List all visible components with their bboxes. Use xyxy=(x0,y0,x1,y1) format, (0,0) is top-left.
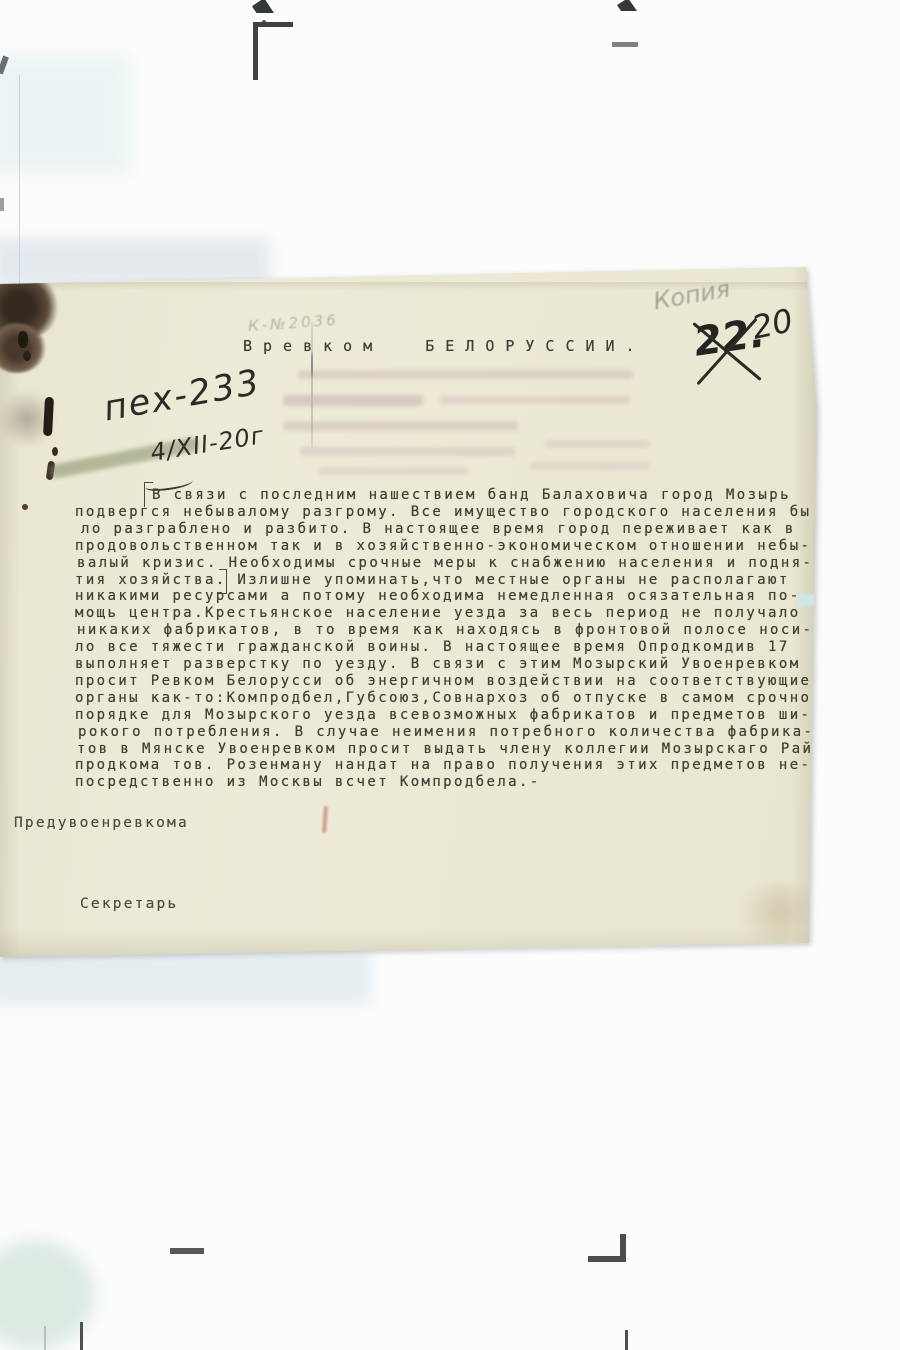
typed-line: ло разграблено и разбито. В настоящее вр… xyxy=(81,521,796,537)
typed-line: выполняет разверстку по уезду. В связи с… xyxy=(75,656,801,672)
paper-edge-shading xyxy=(0,284,20,958)
typed-line: В связи с последним нашествием банд Бала… xyxy=(152,487,791,503)
handwritten-copy-note: Копия xyxy=(651,274,732,315)
bleed-through-text xyxy=(283,395,423,406)
typed-line: валый кризис. Необходимы срочные меры к … xyxy=(77,555,813,571)
typed-line: органы как-то:Компродбел,Губсоюз,Совнарх… xyxy=(75,690,811,706)
ink-blot xyxy=(18,331,28,348)
signature-line-chairman: Предувоенревкома xyxy=(14,815,189,831)
typed-line: просит Ревком Белорусси об энергичном во… xyxy=(75,673,811,689)
bleed-through-text xyxy=(298,370,633,379)
typed-line: мощь центра.Крестьянское население уезда… xyxy=(75,605,801,621)
paper-sheet: Вревком БЕЛОРУССИИ. К-№2036 Копия 22. 20… xyxy=(0,0,900,1350)
typed-line: продовольственном так и в хозяйственно-э… xyxy=(75,538,811,554)
handwritten-date: 4/XII-20г xyxy=(149,421,267,467)
bleed-through-text xyxy=(530,462,650,470)
typed-line: продкома тов. Розенману нандат на право … xyxy=(75,757,811,773)
typed-line: ло все тяжести гражданской воины. В наст… xyxy=(75,639,790,655)
handwritten-register-note: К-№2036 xyxy=(247,311,339,335)
red-mark xyxy=(322,806,328,833)
bleed-through-text xyxy=(545,440,650,448)
signature-line-secretary: Секретарь xyxy=(80,896,178,912)
handwritten-page-number: 20 xyxy=(748,301,796,347)
typed-line: тия хозяйства. Излишне упоминать,что мес… xyxy=(75,572,790,588)
paper-stain xyxy=(733,882,828,944)
bleed-through-text xyxy=(283,421,518,431)
paper-sheet-layer: Вревком БЕЛОРУССИИ. К-№2036 Копия 22. 20… xyxy=(0,0,900,1350)
scanned-document-page: Вревком БЕЛОРУССИИ. К-№2036 Копия 22. 20… xyxy=(0,0,900,1350)
typed-line: порядке для Мозырского уезда всевозможны… xyxy=(75,707,811,723)
bleed-through-text xyxy=(440,396,630,404)
typed-line: никаких фабрикатов, в то время как наход… xyxy=(77,622,813,638)
typed-line: посредственно из Москвы всчет Компродбел… xyxy=(75,774,541,790)
typed-line: рокого потребления. В случае неимения по… xyxy=(78,724,814,740)
typed-line: подвергся небывалому разгрому. Все имуще… xyxy=(75,504,811,520)
bleed-through-text xyxy=(318,467,468,475)
ink-dot xyxy=(22,504,28,510)
ink-blot xyxy=(23,351,31,361)
bleed-through-text xyxy=(300,447,515,456)
typed-line: тов в Мянске Увоенревком просит выдать ч… xyxy=(77,741,813,757)
ink-drip xyxy=(52,447,58,456)
document-title: Вревком БЕЛОРУССИИ. xyxy=(243,337,646,355)
handwritten-index-number: пех-233 xyxy=(101,363,264,430)
paper-edge-shading xyxy=(0,928,812,958)
typed-line: никакими ресурсами а потому необходима н… xyxy=(75,588,801,604)
